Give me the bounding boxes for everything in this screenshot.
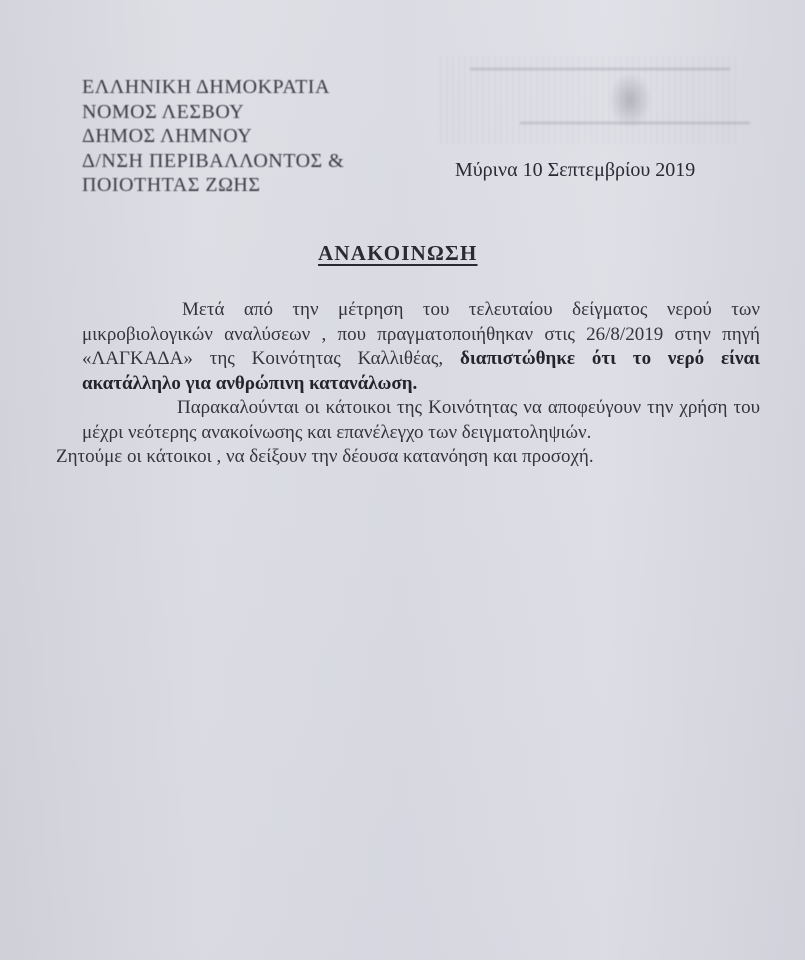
letterhead-line-municipality: ΔΗΜΟΣ ΛΗΜΝΟΥ — [82, 124, 344, 149]
paragraph-findings: Μετά από την μέτρηση του τελευταίου δείγ… — [82, 298, 760, 396]
smudge-line — [520, 122, 750, 124]
announcement-body: Μετά από την μέτρηση του τελευταίου δείγ… — [82, 298, 760, 470]
document-title: ΑΝΑΚΟΙΝΩΣΗ — [318, 241, 477, 266]
paragraph-closing: Ζητούμε οι κάτοικοι , να δείξουν την δέο… — [56, 445, 760, 470]
place-date: Μύρινα 10 Σεπτεμβρίου 2019 — [455, 159, 695, 182]
paragraph-request: Παρακαλούνται οι κάτοικοι της Κοινότητας… — [82, 396, 760, 445]
letterhead-line-prefecture: ΝΟΜΟΣ ΛΕΣΒΟΥ — [82, 100, 344, 125]
letterhead: ΕΛΛΗΝΙΚΗ ΔΗΜΟΚΡΑΤΙΑ ΝΟΜΟΣ ΛΕΣΒΟΥ ΔΗΜΟΣ Λ… — [82, 75, 344, 198]
letterhead-line-directorate: Δ/ΝΣΗ ΠΕΡΙΒΑΛΛΟΝΤΟΣ & — [82, 149, 344, 174]
smudge-line — [470, 68, 730, 70]
letterhead-line-quality-of-life: ΠΟΙΟΤΗΤΑΣ ΖΩΗΣ — [82, 173, 344, 198]
letterhead-line-republic: ΕΛΛΗΝΙΚΗ ΔΗΜΟΚΡΑΤΙΑ — [82, 75, 344, 100]
